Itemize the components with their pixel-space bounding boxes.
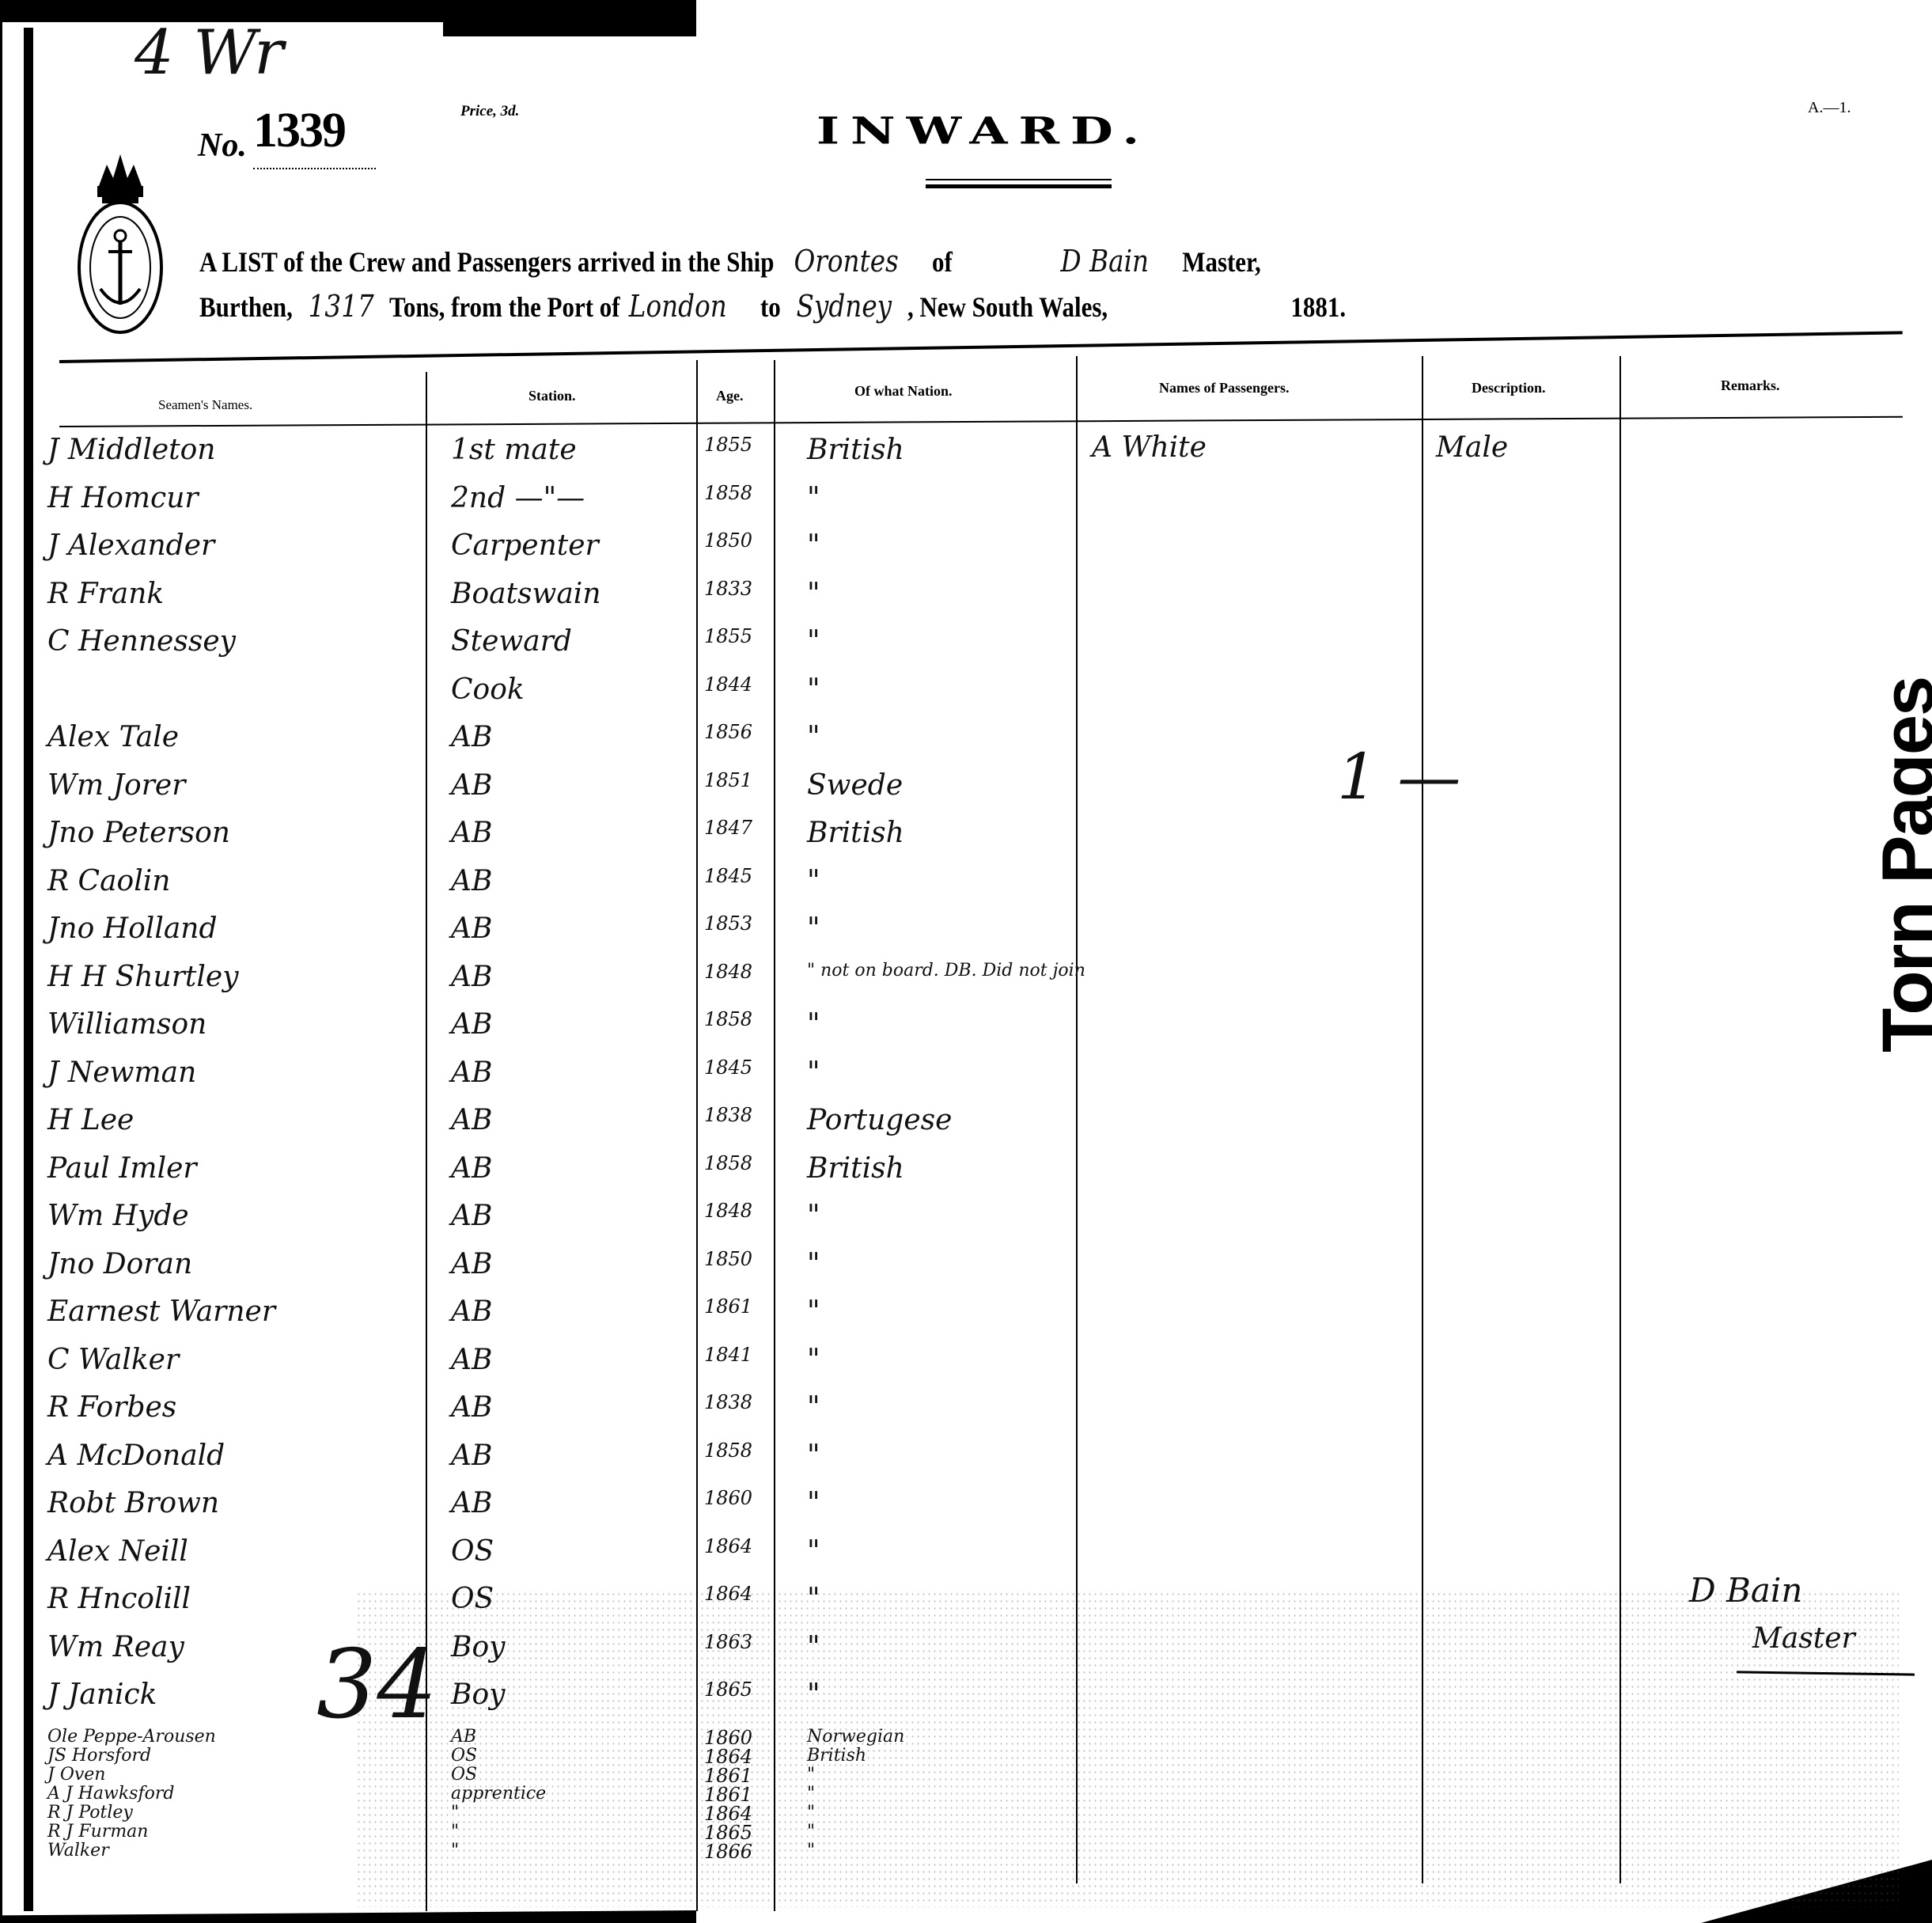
seaman-age: 1858 <box>704 1439 752 1462</box>
to-port: Sydney <box>797 289 892 324</box>
seaman-age: 1865 <box>704 1678 752 1701</box>
seaman-nation: " <box>807 1439 820 1472</box>
seaman-name: H Homcur <box>47 482 199 514</box>
seaman-name: A McDonald <box>47 1439 225 1472</box>
seaman-age: 1860 <box>704 1487 752 1509</box>
seaman-name: H Lee <box>47 1104 134 1136</box>
col-divider-description <box>1422 356 1423 1883</box>
seaman-name: J Middleton <box>47 434 215 466</box>
seaman-station: " <box>451 1841 459 1860</box>
seaman-station: Boy <box>451 1631 505 1663</box>
paper-stain <box>356 1591 1899 1907</box>
seaman-age: 1847 <box>704 817 752 839</box>
seaman-name: Ole Peppe-Arousen <box>47 1727 216 1747</box>
list-heading-line-1: A LIST of the Crew and Passengers arrive… <box>199 244 1261 279</box>
seaman-name: Earnest Warner <box>47 1295 275 1328</box>
seaman-name: R Frank <box>47 578 164 610</box>
seaman-name: Walker <box>47 1841 109 1860</box>
seaman-nation: " <box>807 482 820 514</box>
seaman-station: AB <box>451 912 492 945</box>
seaman-name: A J Hawksford <box>47 1784 174 1804</box>
seaman-name: Alex Tale <box>47 721 179 753</box>
seaman-name: R J Furman <box>47 1822 148 1841</box>
seaman-station: AB <box>451 1056 492 1089</box>
seaman-age: 1845 <box>704 1056 752 1079</box>
passenger-description: Male <box>1436 431 1508 464</box>
seaman-age: 1848 <box>704 961 752 983</box>
seaman-name: Jno Holland <box>47 912 218 945</box>
seaman-name: J Alexander <box>47 529 214 562</box>
seaman-nation: " <box>807 865 820 897</box>
seaman-nation: " not on board. DB. Did not join <box>807 961 1085 980</box>
header-age: Age. <box>716 388 744 404</box>
seaman-station: AB <box>451 721 492 753</box>
header-description: Description. <box>1472 380 1546 396</box>
seaman-nation: " <box>807 1535 820 1568</box>
tally-mark: 1 — <box>1337 740 1460 814</box>
seaman-nation: Norwegian <box>807 1727 904 1747</box>
seaman-age: 1838 <box>704 1104 752 1126</box>
seaman-station: Boatswain <box>451 578 601 610</box>
seaman-station: AB <box>451 1008 492 1041</box>
seaman-nation: " <box>807 1583 820 1615</box>
seaman-age: 1863 <box>704 1631 752 1653</box>
seaman-name: Wm Reay <box>47 1631 184 1663</box>
col-divider-nation <box>774 360 775 1911</box>
seaman-age: 1855 <box>704 434 752 456</box>
seaman-name: R Caolin <box>47 865 170 897</box>
col-divider-age <box>696 360 698 1911</box>
seaman-nation: " <box>807 1765 815 1785</box>
seaman-station: AB <box>451 1152 492 1185</box>
seaman-station: AB <box>451 1487 492 1519</box>
seaman-name: JS Horsford <box>47 1746 151 1766</box>
seaman-station: AB <box>451 1200 492 1232</box>
seaman-name: Williamson <box>47 1008 206 1041</box>
seaman-nation: " <box>807 625 820 658</box>
scan-edge-top <box>0 0 696 22</box>
seaman-age: 1855 <box>704 625 752 647</box>
seaman-station: AB <box>451 1295 492 1328</box>
seaman-name: Wm Hyde <box>47 1200 189 1232</box>
col-divider-remarks <box>1619 356 1621 1883</box>
seaman-nation: " <box>807 1784 815 1804</box>
seaman-age: 1850 <box>704 529 752 552</box>
seaman-nation: " <box>807 1344 820 1376</box>
page-title: INWARD. <box>816 109 1150 153</box>
seaman-name: R J Potley <box>47 1803 133 1822</box>
list-heading-line-2: Burthen, 1317 Tons, from the Port of Lon… <box>199 289 1346 324</box>
seaman-name: R Hncolill <box>47 1583 191 1615</box>
master-signature: D Bain <box>1689 1571 1802 1610</box>
master-name: D Bain <box>1061 244 1150 279</box>
seaman-nation: " <box>807 1678 820 1711</box>
seaman-name: C Walker <box>47 1344 179 1376</box>
seaman-age: 1858 <box>704 1152 752 1174</box>
seaman-name: C Hennessey <box>47 625 236 658</box>
seaman-age: 1858 <box>704 1008 752 1030</box>
seaman-nation: " <box>807 529 820 562</box>
seaman-nation: " <box>807 912 820 945</box>
seaman-name: Jno Peterson <box>47 817 230 849</box>
seaman-station: OS <box>451 1746 477 1766</box>
seaman-age: 1841 <box>704 1344 752 1366</box>
seaman-name: Paul Imler <box>47 1152 197 1185</box>
seaman-station: AB <box>451 865 492 897</box>
scan-edge-left-outer <box>0 0 2 1923</box>
seaman-station: AB <box>451 961 492 993</box>
seaman-station: AB <box>451 1344 492 1376</box>
passenger-name: A White <box>1092 431 1207 464</box>
seaman-nation: British <box>807 434 904 466</box>
header-remarks: Remarks. <box>1721 377 1780 394</box>
seaman-nation: British <box>807 1152 904 1185</box>
seaman-station: AB <box>451 817 492 849</box>
number-label: No. <box>198 127 247 165</box>
scan-edge-top-binding <box>443 22 696 36</box>
seaman-station: AB <box>451 1104 492 1136</box>
seaman-name: Wm Jorer <box>47 769 185 802</box>
seaman-name: J Janick <box>47 1678 157 1711</box>
seaman-nation: " <box>807 1841 815 1860</box>
seaman-name: H H Shurtley <box>47 961 239 993</box>
seaman-nation: " <box>807 1391 820 1424</box>
header-bottom-rule <box>59 416 1903 427</box>
ship-name: Orontes <box>794 244 898 279</box>
header-passengers: Names of Passengers. <box>1159 380 1289 396</box>
seaman-age: 1861 <box>704 1295 752 1318</box>
scan-edge-left-binding <box>24 28 33 1911</box>
tons-label: Tons, from the Port of <box>389 291 620 323</box>
seaman-age: 1838 <box>704 1391 752 1413</box>
burthen-label: Burthen, <box>199 291 293 323</box>
seaman-nation: " <box>807 1487 820 1519</box>
title-rule-thick <box>926 184 1112 188</box>
seaman-name: Robt Brown <box>47 1487 219 1519</box>
seaman-nation: British <box>807 817 904 849</box>
seaman-station: apprentice <box>451 1784 546 1804</box>
seaman-nation: " <box>807 1248 820 1280</box>
scan-edge-bottom <box>0 1910 696 1923</box>
seaman-station: 1st mate <box>451 434 577 466</box>
seaman-nation: " <box>807 578 820 610</box>
seaman-station: Cook <box>451 673 525 706</box>
from-port: London <box>629 289 727 324</box>
seaman-nation: " <box>807 1631 820 1663</box>
col-divider-passengers <box>1076 356 1078 1883</box>
number-underline <box>253 168 376 169</box>
header-station: Station. <box>528 388 576 404</box>
seaman-nation: Portugese <box>807 1104 952 1136</box>
shipping-masters-seal-icon <box>75 150 166 336</box>
seaman-nation: Swede <box>807 769 903 802</box>
seaman-age: 1856 <box>704 721 752 743</box>
seaman-station: AB <box>451 769 492 802</box>
region-label: , New South Wales, <box>907 291 1108 323</box>
seaman-station: " <box>451 1803 459 1822</box>
seaman-station: OS <box>451 1535 494 1568</box>
header-nation: Of what Nation. <box>854 383 953 400</box>
master-signature-title: Master <box>1752 1622 1855 1655</box>
document-number: 1339 <box>253 103 345 159</box>
seaman-station: AB <box>451 1391 492 1424</box>
price-label: Price, 3d. <box>460 103 519 120</box>
seaman-age: 1864 <box>704 1535 752 1557</box>
seaman-name: Alex Neill <box>47 1535 188 1568</box>
master-label: Master, <box>1182 246 1260 278</box>
seaman-station: AB <box>451 1727 476 1747</box>
seaman-nation: " <box>807 1822 815 1841</box>
title-rule <box>926 179 1112 180</box>
seaman-age: 1866 <box>704 1841 752 1863</box>
seaman-name: J Newman <box>47 1056 196 1089</box>
seaman-nation: " <box>807 1200 820 1232</box>
seaman-station: OS <box>451 1765 477 1785</box>
seaman-age: 1848 <box>704 1200 752 1222</box>
torn-pages-stamp: Torn Pages <box>1867 677 1932 1053</box>
seaman-station: AB <box>451 1248 492 1280</box>
table-top-rule <box>59 331 1903 363</box>
seaman-nation: " <box>807 1056 820 1089</box>
seaman-station: Boy <box>451 1678 505 1711</box>
seaman-nation: " <box>807 1008 820 1041</box>
year: 1881. <box>1290 291 1346 323</box>
seaman-station: OS <box>451 1583 494 1615</box>
seaman-age: 1853 <box>704 912 752 935</box>
seaman-station: AB <box>451 1439 492 1472</box>
seaman-station: 2nd —"— <box>451 482 585 514</box>
seaman-station: Steward <box>451 625 572 658</box>
seaman-nation: " <box>807 1295 820 1328</box>
list-heading-prefix: A LIST of the Crew and Passengers arrive… <box>199 246 774 278</box>
reference-scrawl: 4 Wr <box>134 17 283 89</box>
form-code: A.—1. <box>1808 99 1851 117</box>
seaman-age: 1851 <box>704 769 752 791</box>
seaman-age: 1850 <box>704 1248 752 1270</box>
seaman-age: 1844 <box>704 673 752 696</box>
seaman-nation: " <box>807 673 820 706</box>
seaman-nation: " <box>807 721 820 753</box>
seaman-age: 1845 <box>704 865 752 887</box>
seaman-name: Jno Doran <box>47 1248 192 1280</box>
seaman-age: 1858 <box>704 482 752 504</box>
seaman-station: Carpenter <box>451 529 599 562</box>
tons-value: 1317 <box>309 289 374 324</box>
seaman-nation: " <box>807 1803 815 1822</box>
of-label: of <box>932 246 953 278</box>
seaman-nation: British <box>807 1746 866 1766</box>
seaman-name: J Oven <box>47 1765 105 1785</box>
seaman-age: 1833 <box>704 578 752 600</box>
crew-total: 34 <box>316 1630 438 1740</box>
seaman-age: 1864 <box>704 1583 752 1605</box>
to-label: to <box>760 291 781 323</box>
seaman-name: R Forbes <box>47 1391 176 1424</box>
seaman-station: " <box>451 1822 459 1841</box>
header-seamens-names: Seamen's Names. <box>158 397 252 413</box>
